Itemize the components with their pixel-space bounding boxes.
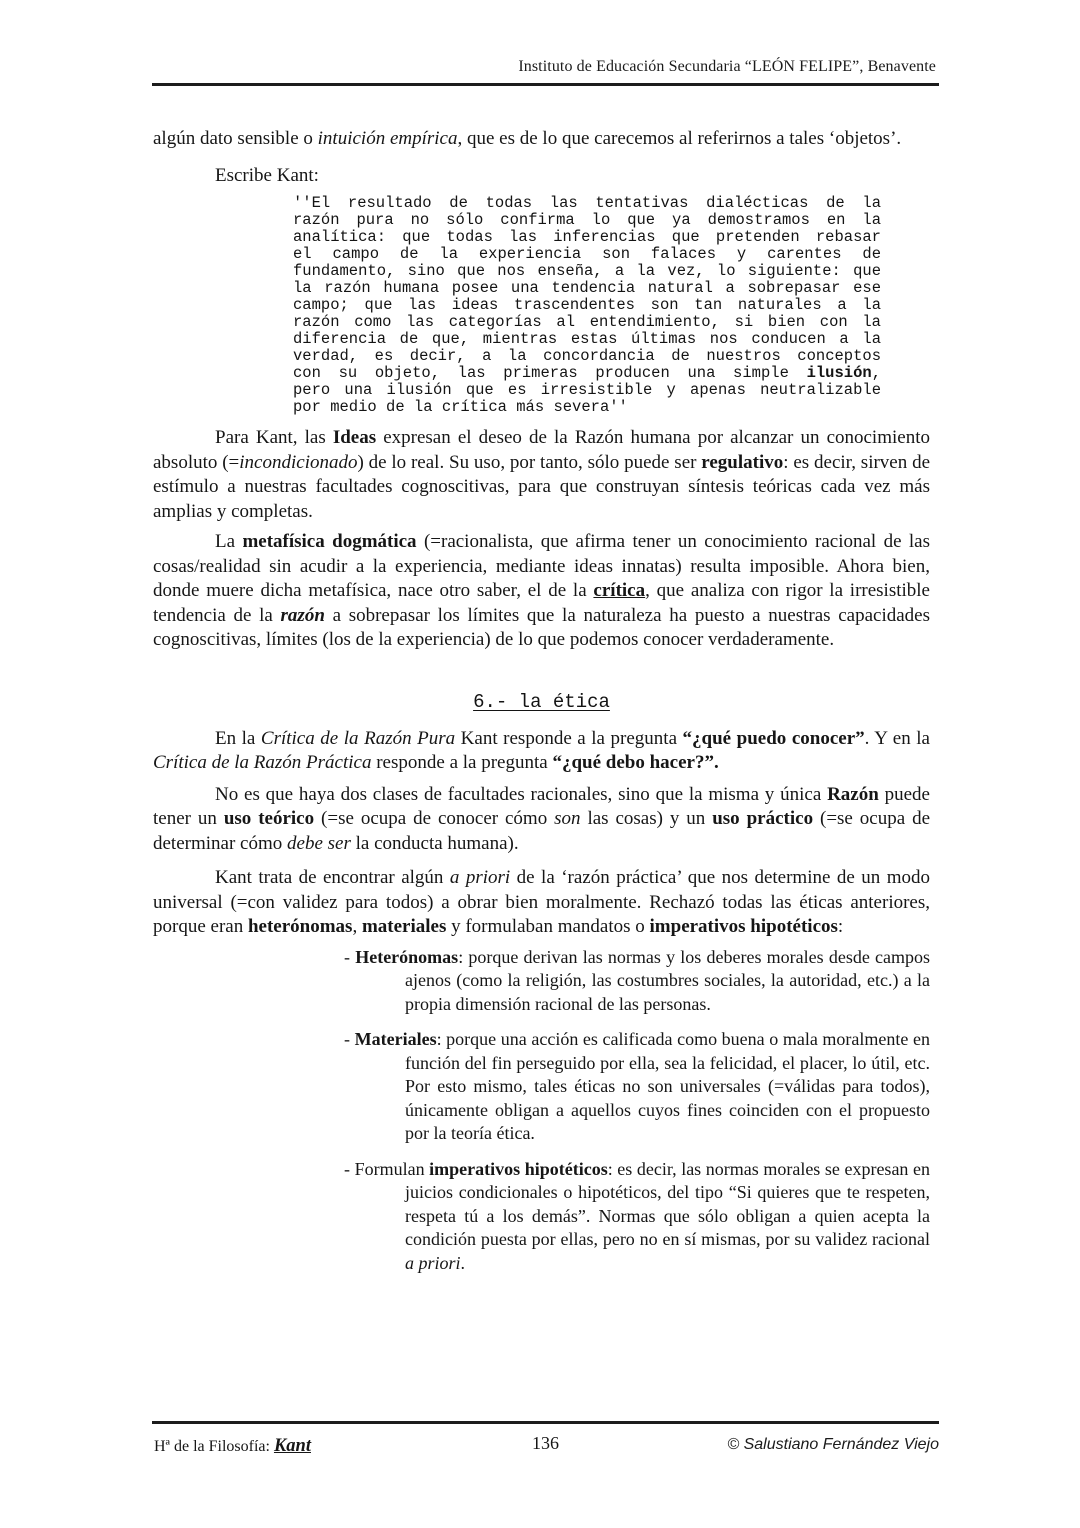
text-segment: a priori — [450, 867, 510, 888]
text-segment: uso teórico — [224, 808, 314, 829]
text-segment: “¿qué puedo conocer” — [683, 728, 865, 749]
document-page: Instituto de Educación Secundaria “LEÓN … — [0, 0, 1080, 1528]
text-segment: razón — [281, 605, 325, 626]
header-institute-text: Instituto de Educación Secundaria “LEÓN … — [518, 58, 936, 76]
footer-rule — [152, 1421, 939, 1424]
text-segment: Ideas — [333, 427, 376, 448]
footer-course: Hª de la Filosofía: Kant — [154, 1436, 311, 1457]
text-segment: intuición empírica — [318, 128, 458, 149]
text-segment: son — [554, 808, 580, 829]
text-segment: heterónomas — [248, 916, 352, 937]
paragraph-escribe-kant: Escribe Kant: — [153, 164, 930, 189]
quote-line: por medio de la crítica más severa'' — [293, 399, 881, 416]
bullet-list: - Heterónomas: porque derivan las normas… — [153, 946, 930, 1276]
text-segment: uso práctico — [712, 808, 813, 829]
footer-course-topic: Kant — [274, 1436, 311, 1456]
footer-course-label: Hª de la Filosofía: — [154, 1438, 274, 1455]
text-segment: materiales — [362, 916, 446, 937]
paragraph-ideas-regulativo: Para Kant, las Ideas expresan el deseo d… — [153, 426, 930, 524]
paragraph-eticas-anteriores: Kant trata de encontrar algún a priori d… — [153, 866, 930, 940]
bullet-item-imperativos-hipoteticos: - Formulan imperativos hipotéticos: es d… — [153, 1158, 930, 1276]
quote-line: pero una ilusión que es irresistible y a… — [293, 382, 881, 399]
paragraph-criticas-preguntas: En la Crítica de la Razón Pura Kant resp… — [153, 727, 930, 776]
quote-line: ''El resultado de todas las tentativas d… — [293, 195, 881, 212]
text-segment: Materiales — [355, 1029, 437, 1049]
text-segment: Crítica de la Razón Práctica — [153, 752, 371, 773]
quote-line: con su objeto, las primeras producen una… — [293, 365, 881, 382]
paragraph-intuicion-empirica: algún dato sensible o intuición empírica… — [153, 127, 930, 152]
text-segment: metafísica dogmática — [242, 531, 416, 552]
bullet-item-heteronomas: - Heterónomas: porque derivan las normas… — [153, 946, 930, 1017]
quote-line: la razón humana posee una tendencia natu… — [293, 280, 881, 297]
text-segment: a priori — [405, 1253, 461, 1273]
quote-line: analítica: que todas las inferencias que… — [293, 229, 881, 246]
text-segment: Crítica de la Razón Pura — [261, 728, 455, 749]
quote-line: razón pura no sólo confirma lo que ya de… — [293, 212, 881, 229]
footer-copyright: © Salustiano Fernández Viejo — [727, 1436, 939, 1454]
text-segment: imperativos hipotéticos — [429, 1159, 608, 1179]
text-segment: debe ser — [287, 833, 351, 854]
quote-line: el campo de la experiencia son falaces y… — [293, 246, 881, 263]
page-number: 136 — [532, 1433, 559, 1454]
quote-line: verdad, es decir, a la concordancia de n… — [293, 348, 881, 365]
text-segment: Razón — [827, 784, 879, 805]
section-heading-text: 6.- la ética — [473, 691, 610, 713]
quote-line: fundamento, sino que nos enseña, a la ve… — [293, 263, 881, 280]
page-footer: Hª de la Filosofía: Kant 136 © Salustian… — [152, 1433, 939, 1463]
section-heading-la-etica: 6.- la ética — [153, 691, 930, 713]
header-rule — [152, 83, 939, 86]
text-segment: ilusión — [807, 364, 872, 382]
text-segment: “¿qué debo hacer?”. — [552, 752, 718, 773]
paragraph-usos-razon: No es que haya dos clases de facultades … — [153, 783, 930, 857]
quote-line: diferencia de que, mientras estas última… — [293, 331, 881, 348]
text-segment: Heterónomas — [355, 947, 458, 967]
paragraph-metafisica-critica: La metafísica dogmática (=racionalista, … — [153, 530, 930, 653]
text-segment: incondicionado — [239, 452, 357, 473]
quote-line: campo; que las ideas trascendentes son t… — [293, 297, 881, 314]
quote-line: razón como las categorías al entendimien… — [293, 314, 881, 331]
bullet-item-materiales: - Materiales: porque una acción es calif… — [153, 1028, 930, 1146]
text-segment: crítica — [593, 580, 645, 601]
document-body: algún dato sensible o intuición empírica… — [153, 127, 930, 1287]
text-segment: regulativo — [701, 452, 783, 473]
kant-quote-block: ''El resultado de todas las tentativas d… — [293, 195, 881, 416]
text-segment: imperativos hipotéticos — [650, 916, 838, 937]
